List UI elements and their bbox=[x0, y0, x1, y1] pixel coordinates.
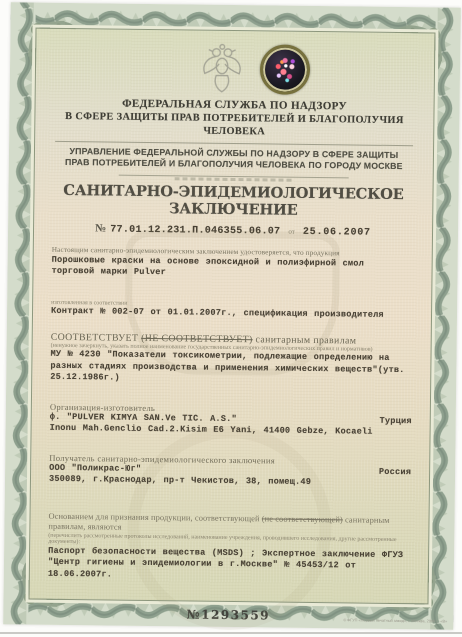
form-footnote-smudge bbox=[175, 177, 293, 181]
certificate-body: ФЕДЕРАЛЬНАЯ СЛУЖБА ПО НАДЗОРУ В СФЕРЕ ЗА… bbox=[29, 28, 436, 605]
coat-of-arms-eagle-icon bbox=[200, 43, 245, 96]
recipient-country: Россия bbox=[379, 466, 411, 478]
hologram-seal-icon bbox=[260, 44, 311, 95]
basis-documents: Паспорт безопасности вещества (MSDS) ; Э… bbox=[48, 546, 410, 585]
basis-pre: Основанием для признания продукции, соот… bbox=[48, 511, 259, 523]
regulations-reference: МУ № 4230 "Показатели токсикометрии, под… bbox=[50, 349, 412, 388]
scan-edge-line bbox=[0, 632, 462, 634]
basis-struck: (не соответствующей) bbox=[262, 514, 343, 524]
agency-name-line2: В СФЕРЕ ЗАЩИТЫ ПРАВ ПОТРЕБИТЕЛЕЙ И БЛАГО… bbox=[53, 110, 415, 140]
issuing-department: УПРАВЛЕНИЕ ФЕДЕРАЛЬНОЙ СЛУЖБЫ ПО НАДЗОРУ… bbox=[59, 146, 409, 172]
divider-line bbox=[55, 141, 413, 146]
emblems-row bbox=[94, 39, 417, 99]
product-description: Порошковые краски на основе эпоксидной и… bbox=[51, 254, 403, 281]
scanned-certificate-page: ФЕДЕРАЛЬНАЯ СЛУЖБА ПО НАДЗОРУ В СФЕРЕ ЗА… bbox=[0, 0, 462, 637]
certificate-title: САНИТАРНО-ЭПИДЕМИОЛОГИЧЕСКОЕ ЗАКЛЮЧЕНИЕ bbox=[52, 182, 414, 220]
nonconform-word-struck: (НЕ СООТВЕТСТВУЕТ) bbox=[141, 332, 253, 344]
conform-word: СООТВЕТСТВУЕТ bbox=[51, 331, 139, 343]
manufacturer-country: Турция bbox=[379, 415, 411, 427]
conform-tail: санитарным правилам bbox=[255, 334, 356, 346]
number-sign: № bbox=[95, 222, 106, 234]
certificate-sheet: ФЕДЕРАЛЬНАЯ СЛУЖБА ПО НАДЗОРУ В СФЕРЕ ЗА… bbox=[3, 2, 461, 629]
